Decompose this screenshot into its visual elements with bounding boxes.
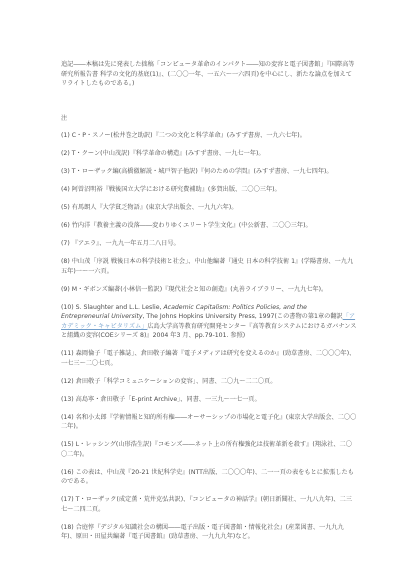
note-item-4: (4) 阿曽沼明裕『戦後国立大学における研究費補助』(多賀出版、二〇〇三年)。 xyxy=(61,185,357,195)
addendum-paragraph: 追記――本稿は先に発表した拙稿「コンピュータ革命のインパクト――知の変容と電子図… xyxy=(61,60,357,89)
note-item-3: (3) T・ローザック編(高橋徹解説・城戸智子他訳)『何のための学問』(みすず書… xyxy=(61,167,357,177)
note-item-8: (8) 中山茂「序説 戦後日本の科学技術と社会」、中山他編著『通史 日本の科学技… xyxy=(61,257,357,276)
note-10-text-mid: , The Johns Hopkins University Press, 19… xyxy=(143,313,343,320)
note-item-6: (6) 竹内洋『教養主義の没落――変わりゆくエリート学生文化』(中公新書、二〇〇… xyxy=(61,221,357,231)
note-item-13: (13) 高島寧・倉田敬子「E-print Archive」、同書、一三九〜一七… xyxy=(61,395,357,405)
note-item-11: (11) 森岡倫子「電子雑誌」、倉田敬子編著『電子メディアは研究を変えるのか』(… xyxy=(61,349,357,368)
notes-list: (1) C・P・スノー(松井巻之助訳)『二つの文化と科学革命』(みすず書房、一九… xyxy=(61,131,357,542)
note-item-16: (16) この表は、中山茂『20-21 世紀科学史』(NTT出版、二〇〇〇年)、… xyxy=(61,468,357,487)
note-item-15: (15) L・レッシング(山形浩生訳)『コモンズ――ネット上の所有権強化は技術革… xyxy=(61,440,357,459)
document-page: 追記――本稿は先に発表した拙稿「コンピュータ革命のインパクト――知の変容と電子図… xyxy=(0,0,410,580)
document-content: 追記――本稿は先に発表した拙稿「コンピュータ革命のインパクト――知の変容と電子図… xyxy=(61,60,357,550)
note-item-9: (9) M・ギボンズ編著(小林信一監訳)『現代社会と知の創造』(丸善ライブラリー… xyxy=(61,285,357,295)
notes-heading: 注 xyxy=(61,114,357,124)
note-item-1: (1) C・P・スノー(松井巻之助訳)『二つの文化と科学革命』(みすず書房、一九… xyxy=(61,131,357,141)
note-item-14: (14) 名和小太郎『学術情報と知的所有権――オーサーシップの市場化と電子化』(… xyxy=(61,413,357,432)
note-item-7: (7) 『アエラ』、一九九一年五月二八日号。 xyxy=(61,239,357,249)
note-item-17: (17) T・ローザック(成定薫・荒井克弘共訳)、『コンピュータの神話学』(朝日… xyxy=(61,495,357,514)
note-10-text-pre: (10) S. Slaughter and L.L. Leslie, xyxy=(61,304,163,311)
note-item-12: (12) 倉田敬子「科学コミュニケーションの変容」、同書、二〇九〜二二〇頁。 xyxy=(61,377,357,387)
note-item-5: (5) 有馬朗人『大学貧乏物語』(東京大学出版会、一九九六年)。 xyxy=(61,203,357,213)
note-item-18: (18) 合庭惇『デジタル知識社会の構図――電子出版・電子図書館・情報化社会』(… xyxy=(61,523,357,542)
note-item-2: (2) T・クーン(中山茂訳)『科学革命の構造』(みすず書房、一九七一年)。 xyxy=(61,149,357,159)
note-item-10: (10) S. Slaughter and L.L. Leslie, Acade… xyxy=(61,303,357,341)
